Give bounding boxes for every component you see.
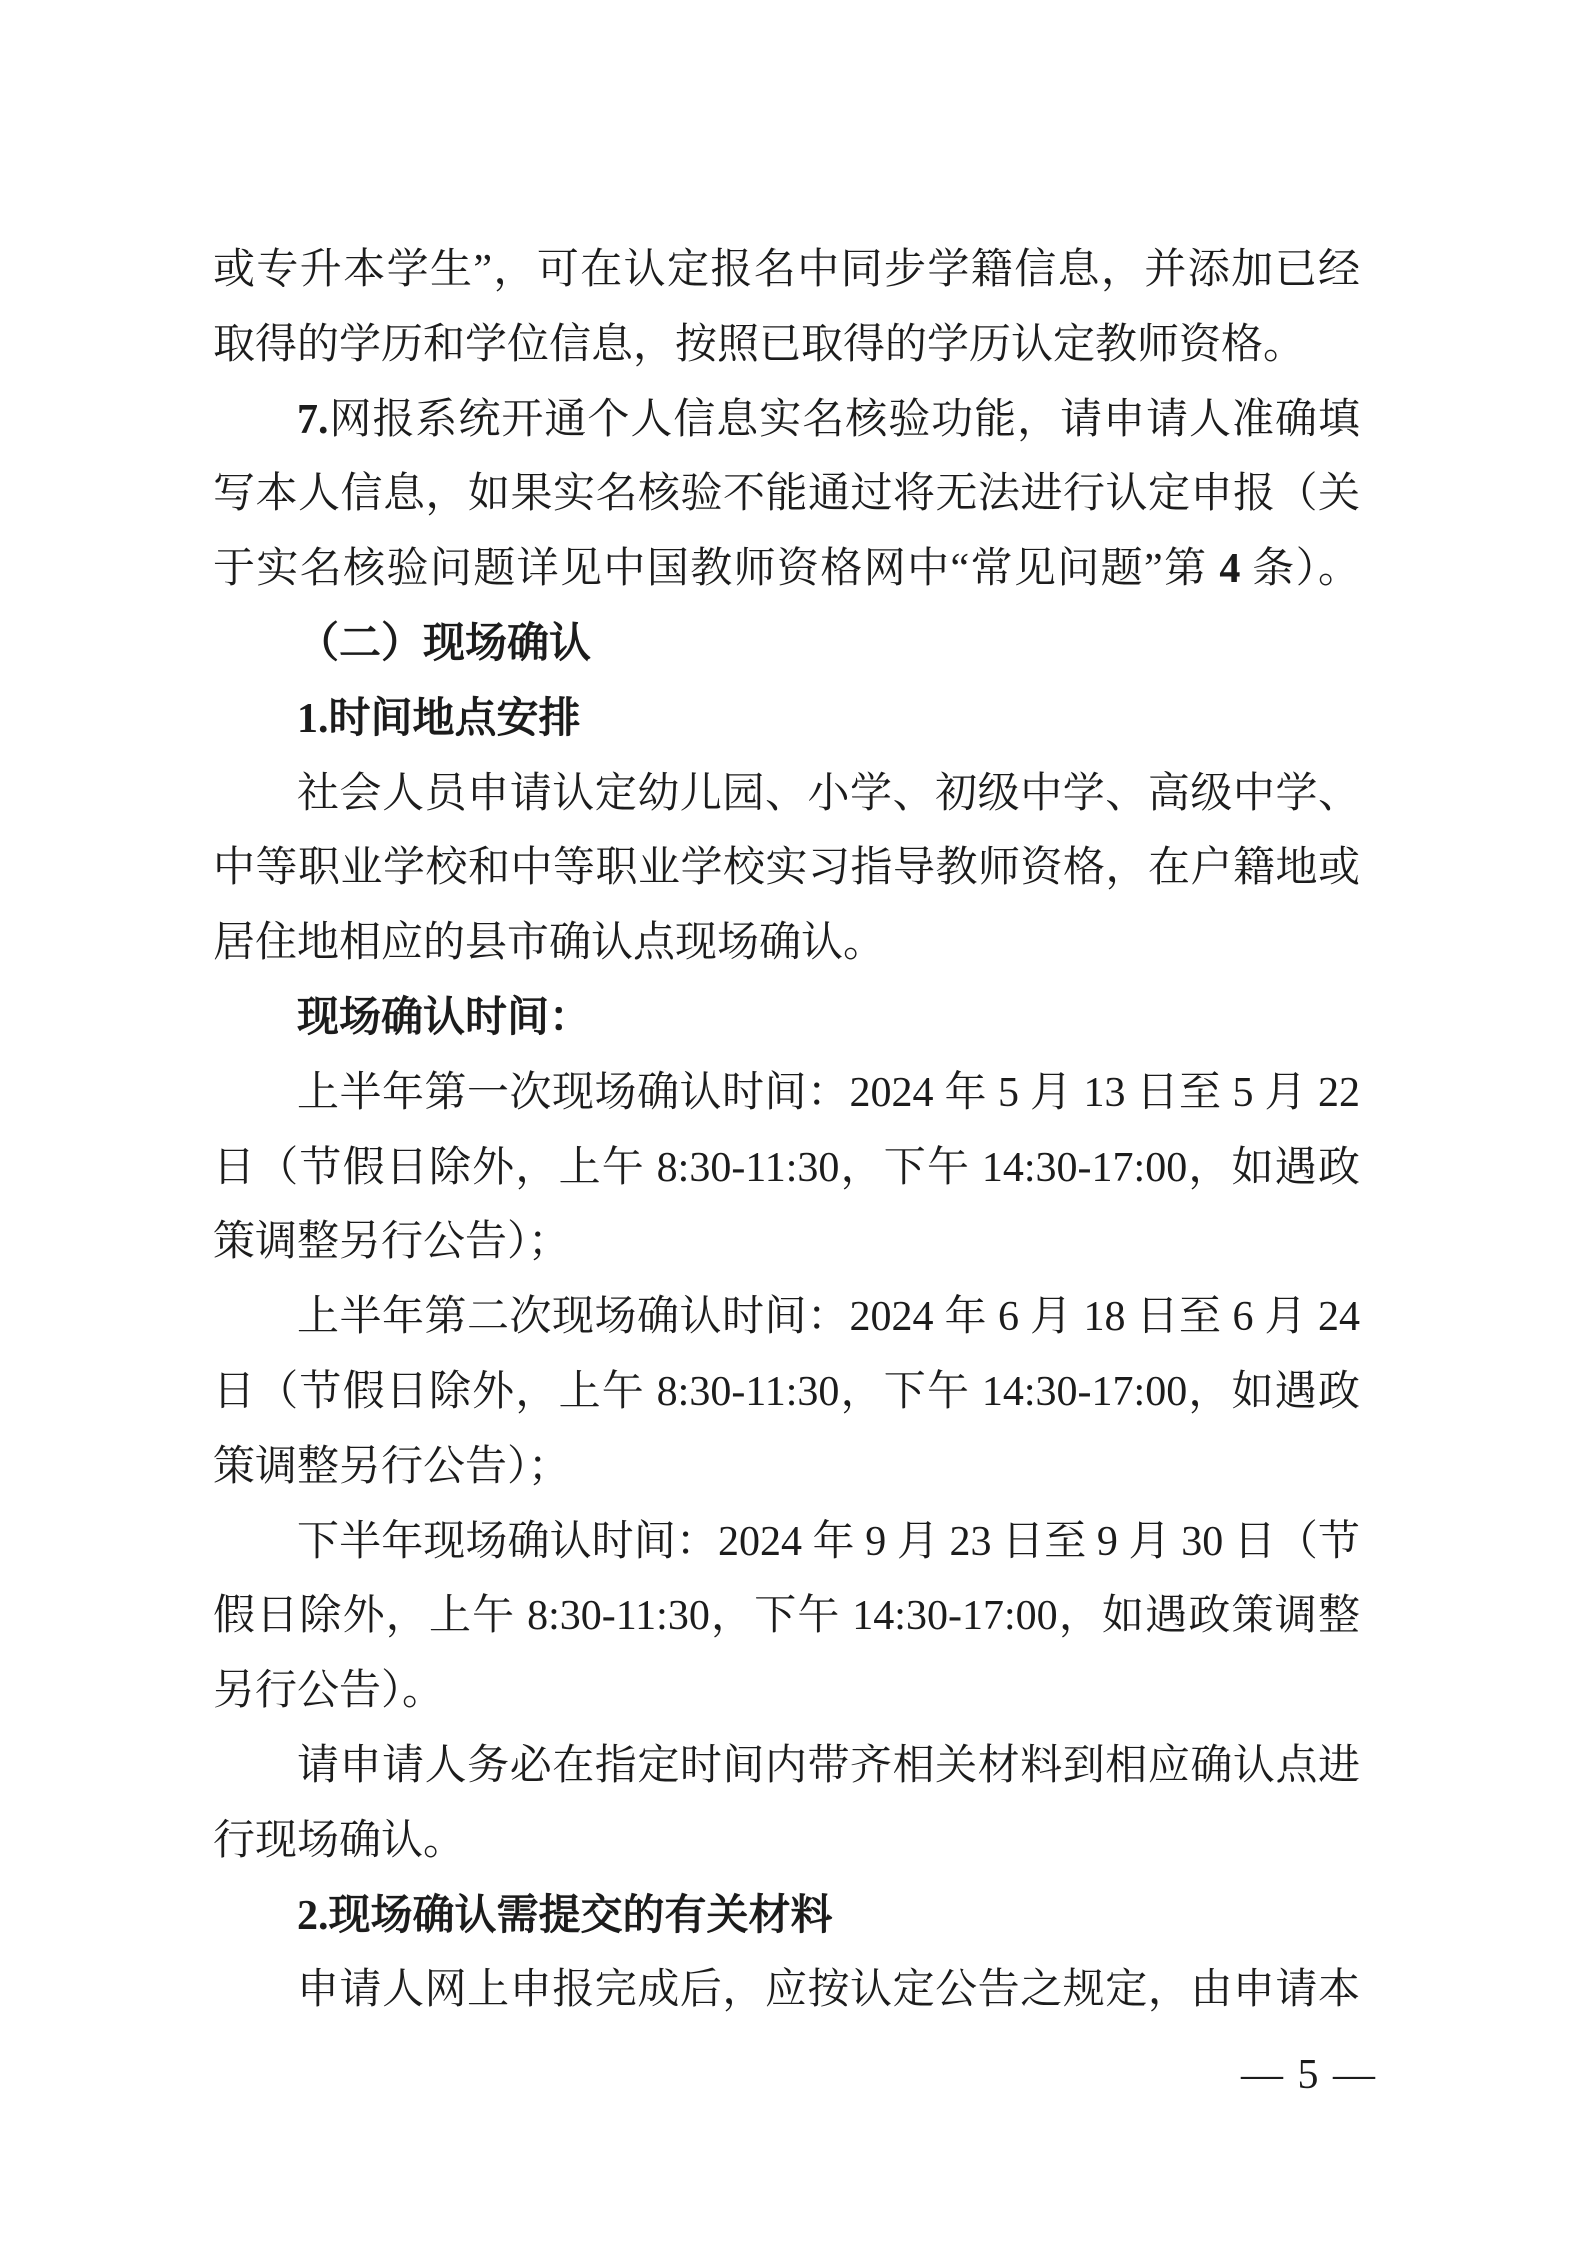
subheading-confirmation-time: 现场确认时间： xyxy=(213,981,1360,1056)
body-line-15: 上半年第二次现场确认时间：2024 年 6 月 18 日至 6 月 24 xyxy=(213,1280,1360,1355)
line-text: 申请人网上申报完成后，应按认定公告之规定，由申请本 xyxy=(297,1967,1360,2013)
line-text: 取得的学历和学位信息，按照已取得的学历认定教师资格。 xyxy=(213,322,1305,368)
line-text: 日（节假日除外，上午 8:30-11:30，下午 14:30-17:00，如遇政 xyxy=(213,1145,1360,1191)
line-text: 下半年现场确认时间：2024 年 9 月 23 日至 9 月 30 日（节 xyxy=(297,1519,1360,1565)
body-line-22: 行现场确认。 xyxy=(213,1804,1360,1879)
body-line-04: 写本人信息，如果实名核验不能通过将无法进行认定申报（关 xyxy=(213,457,1360,532)
body-line-03: 7.网报系统开通个人信息实名核验功能，请申请人准确填 xyxy=(213,383,1360,458)
line-text: 或专升本学生”，可在认定报名中同步学籍信息，并添加已经 xyxy=(213,247,1360,293)
heading-text: 2.现场确认需提交的有关材料 xyxy=(297,1893,833,1939)
heading-text: （二）现场确认 xyxy=(297,621,591,667)
item-number-7: 7. xyxy=(297,397,329,443)
body-line-13: 日（节假日除外，上午 8:30-11:30，下午 14:30-17:00，如遇政 xyxy=(213,1131,1360,1206)
line-text: 居住地相应的县市确认点现场确认。 xyxy=(213,920,885,966)
body-line-21: 请申请人务必在指定时间内带齐相关材料到相应确认点进 xyxy=(213,1729,1360,1804)
body-line-12: 上半年第一次现场确认时间：2024 年 5 月 13 日至 5 月 22 xyxy=(213,1056,1360,1131)
line-text: 请申请人务必在指定时间内带齐相关材料到相应确认点进 xyxy=(297,1743,1360,1789)
body-line-19: 假日除外，上午 8:30-11:30，下午 14:30-17:00，如遇政策调整 xyxy=(213,1579,1360,1654)
subheading-required-materials: 2.现场确认需提交的有关材料 xyxy=(213,1879,1360,1954)
line-text: 条）。 xyxy=(1240,546,1360,592)
body-line-16: 日（节假日除外，上午 8:30-11:30，下午 14:30-17:00，如遇政 xyxy=(213,1355,1360,1430)
body-line-24: 申请人网上申报完成后，应按认定公告之规定，由申请本 xyxy=(213,1953,1360,2028)
line-text: 上半年第一次现场确认时间：2024 年 5 月 13 日至 5 月 22 xyxy=(297,1070,1360,1116)
body-line-05: 于实名核验问题详见中国教师资格网中“常见问题”第 4 条）。 xyxy=(213,532,1360,607)
body-line-09: 中等职业学校和中等职业学校实习指导教师资格，在户籍地或 xyxy=(213,831,1360,906)
line-text: 假日除外，上午 8:30-11:30，下午 14:30-17:00，如遇政策调整 xyxy=(213,1593,1360,1639)
line-text: 策调整另行公告）； xyxy=(213,1444,570,1490)
line-text: 网报系统开通个人信息实名核验功能，请申请人准确填 xyxy=(329,397,1361,443)
line-text: 写本人信息，如果实名核验不能通过将无法进行认定申报（关 xyxy=(213,471,1360,517)
line-text: 策调整另行公告）； xyxy=(213,1219,570,1265)
line-text: 另行公告）。 xyxy=(213,1668,444,1714)
body-line-14: 策调整另行公告）； xyxy=(213,1205,1360,1280)
heading-text: 1.时间地点安排 xyxy=(297,696,581,742)
body-line-18: 下半年现场确认时间：2024 年 9 月 23 日至 9 月 30 日（节 xyxy=(213,1505,1360,1580)
body-line-17: 策调整另行公告）； xyxy=(213,1430,1360,1505)
line-text: 日（节假日除外，上午 8:30-11:30，下午 14:30-17:00，如遇政 xyxy=(213,1369,1360,1415)
line-text: 社会人员申请认定幼儿园、小学、初级中学、高级中学、 xyxy=(297,771,1360,817)
body-line-08: 社会人员申请认定幼儿园、小学、初级中学、高级中学、 xyxy=(213,757,1360,832)
page-number: — 5 — xyxy=(1241,2052,1377,2098)
faq-item-number: 4 xyxy=(1219,546,1240,592)
body-line-20: 另行公告）。 xyxy=(213,1654,1360,1729)
line-text: 中等职业学校和中等职业学校实习指导教师资格，在户籍地或 xyxy=(213,845,1360,891)
line-text: 行现场确认。 xyxy=(213,1818,465,1864)
body-line-01: 或专升本学生”，可在认定报名中同步学籍信息，并添加已经 xyxy=(213,233,1360,308)
heading-text: 现场确认时间： xyxy=(297,995,591,1041)
body-line-02: 取得的学历和学位信息，按照已取得的学历认定教师资格。 xyxy=(213,308,1360,383)
body-line-10: 居住地相应的县市确认点现场确认。 xyxy=(213,906,1360,981)
section-heading-onsite-confirmation: （二）现场确认 xyxy=(213,607,1360,682)
subheading-time-location: 1.时间地点安排 xyxy=(213,682,1360,757)
line-text: 于实名核验问题详见中国教师资格网中“常见问题”第 xyxy=(213,546,1219,592)
line-text: 上半年第二次现场确认时间：2024 年 6 月 18 日至 6 月 24 xyxy=(297,1294,1360,1340)
document-page: 或专升本学生”，可在认定报名中同步学籍信息，并添加已经 取得的学历和学位信息，按… xyxy=(213,233,1360,2028)
